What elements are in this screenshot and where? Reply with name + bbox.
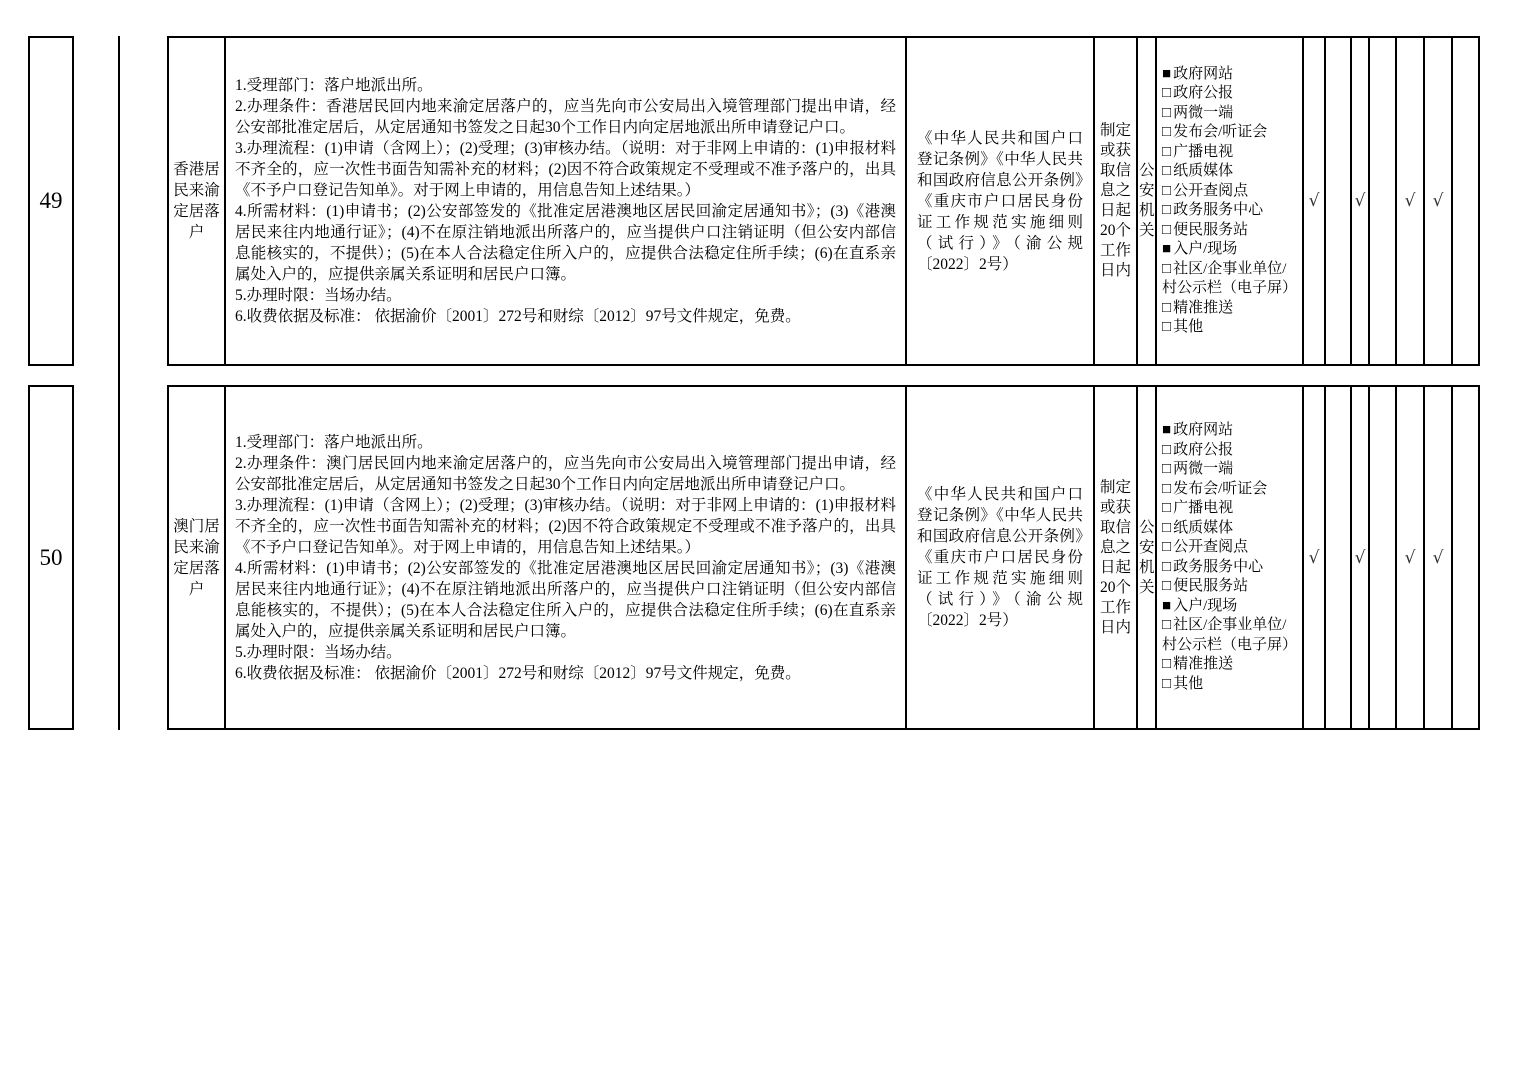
procedure-paragraph: 1.受理部门：落户地派出所。 xyxy=(235,75,896,96)
channel-option: □发布会/听证会 xyxy=(1162,123,1297,143)
channel-label: 政府网站 xyxy=(1173,66,1233,82)
checkbox-unchecked-icon: □ xyxy=(1162,481,1171,497)
channel-option: □便民服务站 xyxy=(1162,577,1297,597)
checkmark: √ xyxy=(1405,191,1416,211)
channel-option: □精准推送 xyxy=(1162,655,1297,675)
channel-label: 两微一端 xyxy=(1173,461,1233,477)
checkmark: √ xyxy=(1309,191,1320,211)
channel-label: 精准推送 xyxy=(1173,656,1233,672)
spacer-cell xyxy=(73,386,168,729)
timeline-cell: 制定或获取信息之日起20个工作日内 xyxy=(1094,386,1137,729)
legal-basis-text: 《中华人民共和国户口登记条例》《中华人民共和国政府信息公开条例》《重庆市户口居民… xyxy=(917,128,1083,275)
channel-option: □两微一端 xyxy=(1162,104,1297,124)
checkmark: √ xyxy=(1355,548,1366,568)
checkmark: √ xyxy=(1433,548,1444,568)
procedure-paragraph: 2.办理条件：澳门居民回内地来渝定居落户的，应当先向市公安局出入境管理部门提出申… xyxy=(235,453,896,495)
checkbox-unchecked-icon: □ xyxy=(1162,202,1171,218)
channels-cell: ■政府网站□政府公报□两微一端□发布会/听证会□广播电视□纸质媒体□公开查阅点□… xyxy=(1156,386,1303,729)
legal-basis-cell: 《中华人民共和国户口登记条例》《中华人民共和国政府信息公开条例》《重庆市户口居民… xyxy=(906,37,1094,365)
channel-option: ■政府网站 xyxy=(1162,65,1297,85)
channel-label: 便民服务站 xyxy=(1173,222,1248,238)
mark-cell-7 xyxy=(1452,37,1479,365)
checkbox-checked-icon: ■ xyxy=(1162,422,1171,438)
channel-option: □其他 xyxy=(1162,318,1297,338)
channel-label: 纸质媒体 xyxy=(1173,163,1233,179)
legal-basis-text: 《中华人民共和国户口登记条例》《中华人民共和国政府信息公开条例》《重庆市户口居民… xyxy=(917,484,1083,631)
checkbox-checked-icon: ■ xyxy=(1162,241,1171,257)
channel-label: 入户/现场 xyxy=(1173,241,1237,257)
procedure-paragraph: 3.办理流程：(1)申请（含网上）；(2)受理；(3)审核办结。（说明：对于非网… xyxy=(235,138,896,201)
channel-label: 发布会/听证会 xyxy=(1173,124,1267,140)
procedure-cell: 1.受理部门：落户地派出所。2.办理条件：澳门居民回内地来渝定居落户的，应当先向… xyxy=(225,386,906,729)
channel-label: 精准推送 xyxy=(1173,300,1233,316)
row-number: 49 xyxy=(40,188,63,213)
procedure-paragraph: 4.所需材料：(1)申请书；(2)公安部签发的《批准定居港澳地区居民回渝定居通知… xyxy=(235,558,896,642)
checkbox-unchecked-icon: □ xyxy=(1162,85,1171,101)
checkmark: √ xyxy=(1433,191,1444,211)
checkbox-checked-icon: ■ xyxy=(1162,598,1171,614)
channel-option: □社区/企事业单位/村公示栏（电子屏） xyxy=(1162,616,1297,655)
mark-cell-1: √ xyxy=(1303,386,1325,729)
channel-option: □政府公报 xyxy=(1162,84,1297,104)
checkmark: √ xyxy=(1309,548,1320,568)
channel-label: 发布会/听证会 xyxy=(1173,481,1267,497)
table-row: 49 香港居民来渝定居落户 1.受理部门：落户地派出所。2.办理条件：香港居民回… xyxy=(29,37,1479,365)
channel-option: □便民服务站 xyxy=(1162,221,1297,241)
channel-option: ■入户/现场 xyxy=(1162,597,1297,617)
channel-label: 公开查阅点 xyxy=(1173,183,1248,199)
item-name-cell: 澳门居民来渝定居落户 xyxy=(168,386,225,729)
mark-cell-6: √ xyxy=(1424,37,1452,365)
procedure-paragraph: 1.受理部门：落户地派出所。 xyxy=(235,432,896,453)
procedure-paragraph: 4.所需材料：(1)申请书；(2)公安部签发的《批准定居港澳地区居民回渝定居通知… xyxy=(235,201,896,285)
channel-option: □政府公报 xyxy=(1162,441,1297,461)
procedure-paragraph: 5.办理时限：当场办结。 xyxy=(235,642,896,663)
channel-label: 广播电视 xyxy=(1173,144,1233,160)
channel-label: 便民服务站 xyxy=(1173,578,1248,594)
channel-option: ■政府网站 xyxy=(1162,421,1297,441)
channels-list: ■政府网站□政府公报□两微一端□发布会/听证会□广播电视□纸质媒体□公开查阅点□… xyxy=(1162,421,1297,694)
checkbox-unchecked-icon: □ xyxy=(1162,442,1171,458)
table-row-49: 49 香港居民来渝定居落户 1.受理部门：落户地派出所。2.办理条件：香港居民回… xyxy=(28,36,1480,366)
legal-basis-cell: 《中华人民共和国户口登记条例》《中华人民共和国政府信息公开条例》《重庆市户口居民… xyxy=(906,386,1094,729)
procedure-list: 1.受理部门：落户地派出所。2.办理条件：澳门居民回内地来渝定居落户的，应当先向… xyxy=(235,432,896,684)
channel-label: 政府公报 xyxy=(1173,442,1233,458)
channels-cell: ■政府网站□政府公报□两微一端□发布会/听证会□广播电视□纸质媒体□公开查阅点□… xyxy=(1156,37,1303,365)
checkbox-unchecked-icon: □ xyxy=(1162,676,1171,692)
checkmark: √ xyxy=(1405,548,1416,568)
checkbox-unchecked-icon: □ xyxy=(1162,144,1171,160)
channel-option: □社区/企事业单位/村公示栏（电子屏） xyxy=(1162,260,1297,299)
procedure-paragraph: 5.办理时限：当场办结。 xyxy=(235,285,896,306)
checkbox-unchecked-icon: □ xyxy=(1162,163,1171,179)
checkbox-unchecked-icon: □ xyxy=(1162,578,1171,594)
channel-label: 政府公报 xyxy=(1173,85,1233,101)
checkbox-unchecked-icon: □ xyxy=(1162,656,1171,672)
mark-cell-4 xyxy=(1369,386,1396,729)
checkbox-unchecked-icon: □ xyxy=(1162,539,1171,555)
row-number-cell: 50 xyxy=(29,386,73,729)
channel-option: □政务服务中心 xyxy=(1162,558,1297,578)
channel-label: 其他 xyxy=(1173,319,1203,335)
channel-option: □两微一端 xyxy=(1162,460,1297,480)
procedure-paragraph: 2.办理条件：香港居民回内地来渝定居落户的，应当先向市公安局出入境管理部门提出申… xyxy=(235,96,896,138)
row-number: 50 xyxy=(40,545,63,570)
agency-cell: 公安机关 xyxy=(1137,37,1156,365)
channel-option: □发布会/听证会 xyxy=(1162,480,1297,500)
mark-cell-4 xyxy=(1369,37,1396,365)
table-row-50: 50 澳门居民来渝定居落户 1.受理部门：落户地派出所。2.办理条件：澳门居民回… xyxy=(28,385,1480,730)
checkbox-unchecked-icon: □ xyxy=(1162,300,1171,316)
channel-label: 政府网站 xyxy=(1173,422,1233,438)
mark-cell-5: √ xyxy=(1396,386,1424,729)
item-name: 澳门居民来渝定居落户 xyxy=(173,518,220,598)
item-name-cell: 香港居民来渝定居落户 xyxy=(168,37,225,365)
checkmark: √ xyxy=(1355,191,1366,211)
checkbox-unchecked-icon: □ xyxy=(1162,319,1171,335)
checkbox-unchecked-icon: □ xyxy=(1162,461,1171,477)
channels-list: ■政府网站□政府公报□两微一端□发布会/听证会□广播电视□纸质媒体□公开查阅点□… xyxy=(1162,65,1297,338)
mark-cell-3: √ xyxy=(1351,37,1369,365)
channel-option: □纸质媒体 xyxy=(1162,519,1297,539)
checkbox-unchecked-icon: □ xyxy=(1162,105,1171,121)
channel-label: 两微一端 xyxy=(1173,105,1233,121)
checkbox-unchecked-icon: □ xyxy=(1162,261,1171,277)
checkbox-unchecked-icon: □ xyxy=(1162,559,1171,575)
mark-cell-5: √ xyxy=(1396,37,1424,365)
channel-label: 政务服务中心 xyxy=(1173,559,1263,575)
channel-option: □公开查阅点 xyxy=(1162,182,1297,202)
channel-option: □公开查阅点 xyxy=(1162,538,1297,558)
procedure-paragraph: 6.收费依据及标准： 依据渝价〔2001〕272号和财综〔2012〕97号文件规… xyxy=(235,663,896,684)
checkbox-unchecked-icon: □ xyxy=(1162,124,1171,140)
mark-cell-6: √ xyxy=(1424,386,1452,729)
channel-option: □政务服务中心 xyxy=(1162,201,1297,221)
procedure-paragraph: 3.办理流程：(1)申请（含网上）；(2)受理；(3)审核办结。（说明：对于非网… xyxy=(235,495,896,558)
channel-label: 社区/企事业单位/村公示栏（电子屏） xyxy=(1162,261,1297,297)
agency-text: 公安机关 xyxy=(1139,518,1154,598)
channel-label: 社区/企事业单位/村公示栏（电子屏） xyxy=(1162,617,1297,653)
timeline-cell: 制定或获取信息之日起20个工作日内 xyxy=(1094,37,1137,365)
mark-cell-7 xyxy=(1452,386,1479,729)
mark-cell-2 xyxy=(1325,37,1351,365)
mark-cell-3: √ xyxy=(1351,386,1369,729)
channel-label: 广播电视 xyxy=(1173,500,1233,516)
channel-label: 政务服务中心 xyxy=(1173,202,1263,218)
channel-option: □纸质媒体 xyxy=(1162,162,1297,182)
channel-option: ■入户/现场 xyxy=(1162,240,1297,260)
channel-label: 其他 xyxy=(1173,676,1203,692)
procedure-list: 1.受理部门：落户地派出所。2.办理条件：香港居民回内地来渝定居落户的，应当先向… xyxy=(235,75,896,327)
timeline-text: 制定或获取信息之日起20个工作日内 xyxy=(1095,478,1136,638)
channel-label: 公开查阅点 xyxy=(1173,539,1248,555)
row-number-cell: 49 xyxy=(29,37,73,365)
checkbox-checked-icon: ■ xyxy=(1162,66,1171,82)
mark-cell-1: √ xyxy=(1303,37,1325,365)
spacer-cell xyxy=(73,37,168,365)
checkbox-unchecked-icon: □ xyxy=(1162,520,1171,536)
checkbox-unchecked-icon: □ xyxy=(1162,617,1171,633)
procedure-cell: 1.受理部门：落户地派出所。2.办理条件：香港居民回内地来渝定居落户的，应当先向… xyxy=(225,37,906,365)
channel-option: □其他 xyxy=(1162,675,1297,695)
mark-cell-2 xyxy=(1325,386,1351,729)
channel-label: 纸质媒体 xyxy=(1173,520,1233,536)
item-name: 香港居民来渝定居落户 xyxy=(173,161,220,241)
checkbox-unchecked-icon: □ xyxy=(1162,500,1171,516)
checkbox-unchecked-icon: □ xyxy=(1162,222,1171,238)
channel-label: 入户/现场 xyxy=(1173,598,1237,614)
procedure-paragraph: 6.收费依据及标准： 依据渝价〔2001〕272号和财综〔2012〕97号文件规… xyxy=(235,306,896,327)
timeline-text: 制定或获取信息之日起20个工作日内 xyxy=(1095,121,1136,281)
checkbox-unchecked-icon: □ xyxy=(1162,183,1171,199)
table-row: 50 澳门居民来渝定居落户 1.受理部门：落户地派出所。2.办理条件：澳门居民回… xyxy=(29,386,1479,729)
channel-option: □广播电视 xyxy=(1162,499,1297,519)
agency-text: 公安机关 xyxy=(1139,161,1154,241)
channel-option: □精准推送 xyxy=(1162,299,1297,319)
agency-cell: 公安机关 xyxy=(1137,386,1156,729)
channel-option: □广播电视 xyxy=(1162,143,1297,163)
